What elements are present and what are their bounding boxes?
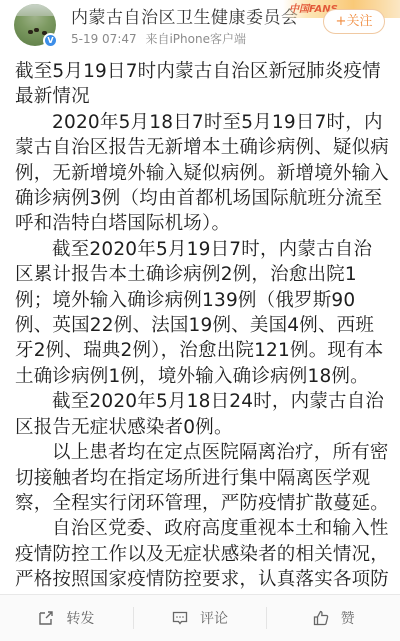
- post-header: V 内蒙古自治区卫生健康委员会 5-19 07:47 来自iPhone客户端 中…: [0, 0, 400, 52]
- avatar[interactable]: V: [14, 4, 56, 46]
- post-source: 来自iPhone客户端: [145, 32, 246, 46]
- post-paragraph: 截至2020年5月18日24时，内蒙古自治区报告无症状感染者0例。: [15, 389, 390, 440]
- post-paragraph: 截至2020年5月19日7时，内蒙古自治区累计报告本土确诊病例2例，治愈出院1例…: [15, 237, 390, 389]
- comment-icon: [172, 610, 188, 626]
- share-icon: [38, 610, 54, 626]
- repost-button[interactable]: 转发: [0, 595, 133, 641]
- repost-label: 转发: [66, 608, 94, 628]
- account-name[interactable]: 内蒙古自治区卫生健康委员会: [71, 3, 299, 28]
- like-label: 赞: [341, 608, 355, 628]
- post-paragraph: 2020年5月18日7时至5月19日7时，内蒙古自治区报告无新增本土确诊病例、疑…: [15, 110, 390, 237]
- avatar-horse-figure: [28, 30, 33, 34]
- avatar-sky: [14, 4, 56, 16]
- like-button[interactable]: 赞: [267, 595, 400, 641]
- post-content: 截至5月19日7时内蒙古自治区新冠肺炎疫情最新情况 2020年5月18日7时至5…: [15, 59, 390, 618]
- thumbs-up-icon: [313, 610, 329, 626]
- post-timestamp: 5-19 07:47: [71, 32, 137, 46]
- post-paragraph: 以上患者均在定点医院隔离治疗，所有密切接触者均在指定场所进行集中隔离医学观察，全…: [15, 440, 390, 516]
- avatar-horse-figure: [34, 28, 39, 32]
- weibo-post-page: V 内蒙古自治区卫生健康委员会 5-19 07:47 来自iPhone客户端 中…: [0, 0, 400, 641]
- comment-label: 评论: [200, 608, 228, 628]
- post-meta: 5-19 07:47 来自iPhone客户端: [71, 30, 251, 47]
- comment-button[interactable]: 评论: [134, 595, 267, 641]
- verified-badge-icon: V: [43, 33, 58, 48]
- follow-button[interactable]: +关注: [323, 9, 385, 34]
- post-title: 截至5月19日7时内蒙古自治区新冠肺炎疫情最新情况: [15, 59, 390, 110]
- action-bar: 转发 评论 赞: [0, 594, 400, 641]
